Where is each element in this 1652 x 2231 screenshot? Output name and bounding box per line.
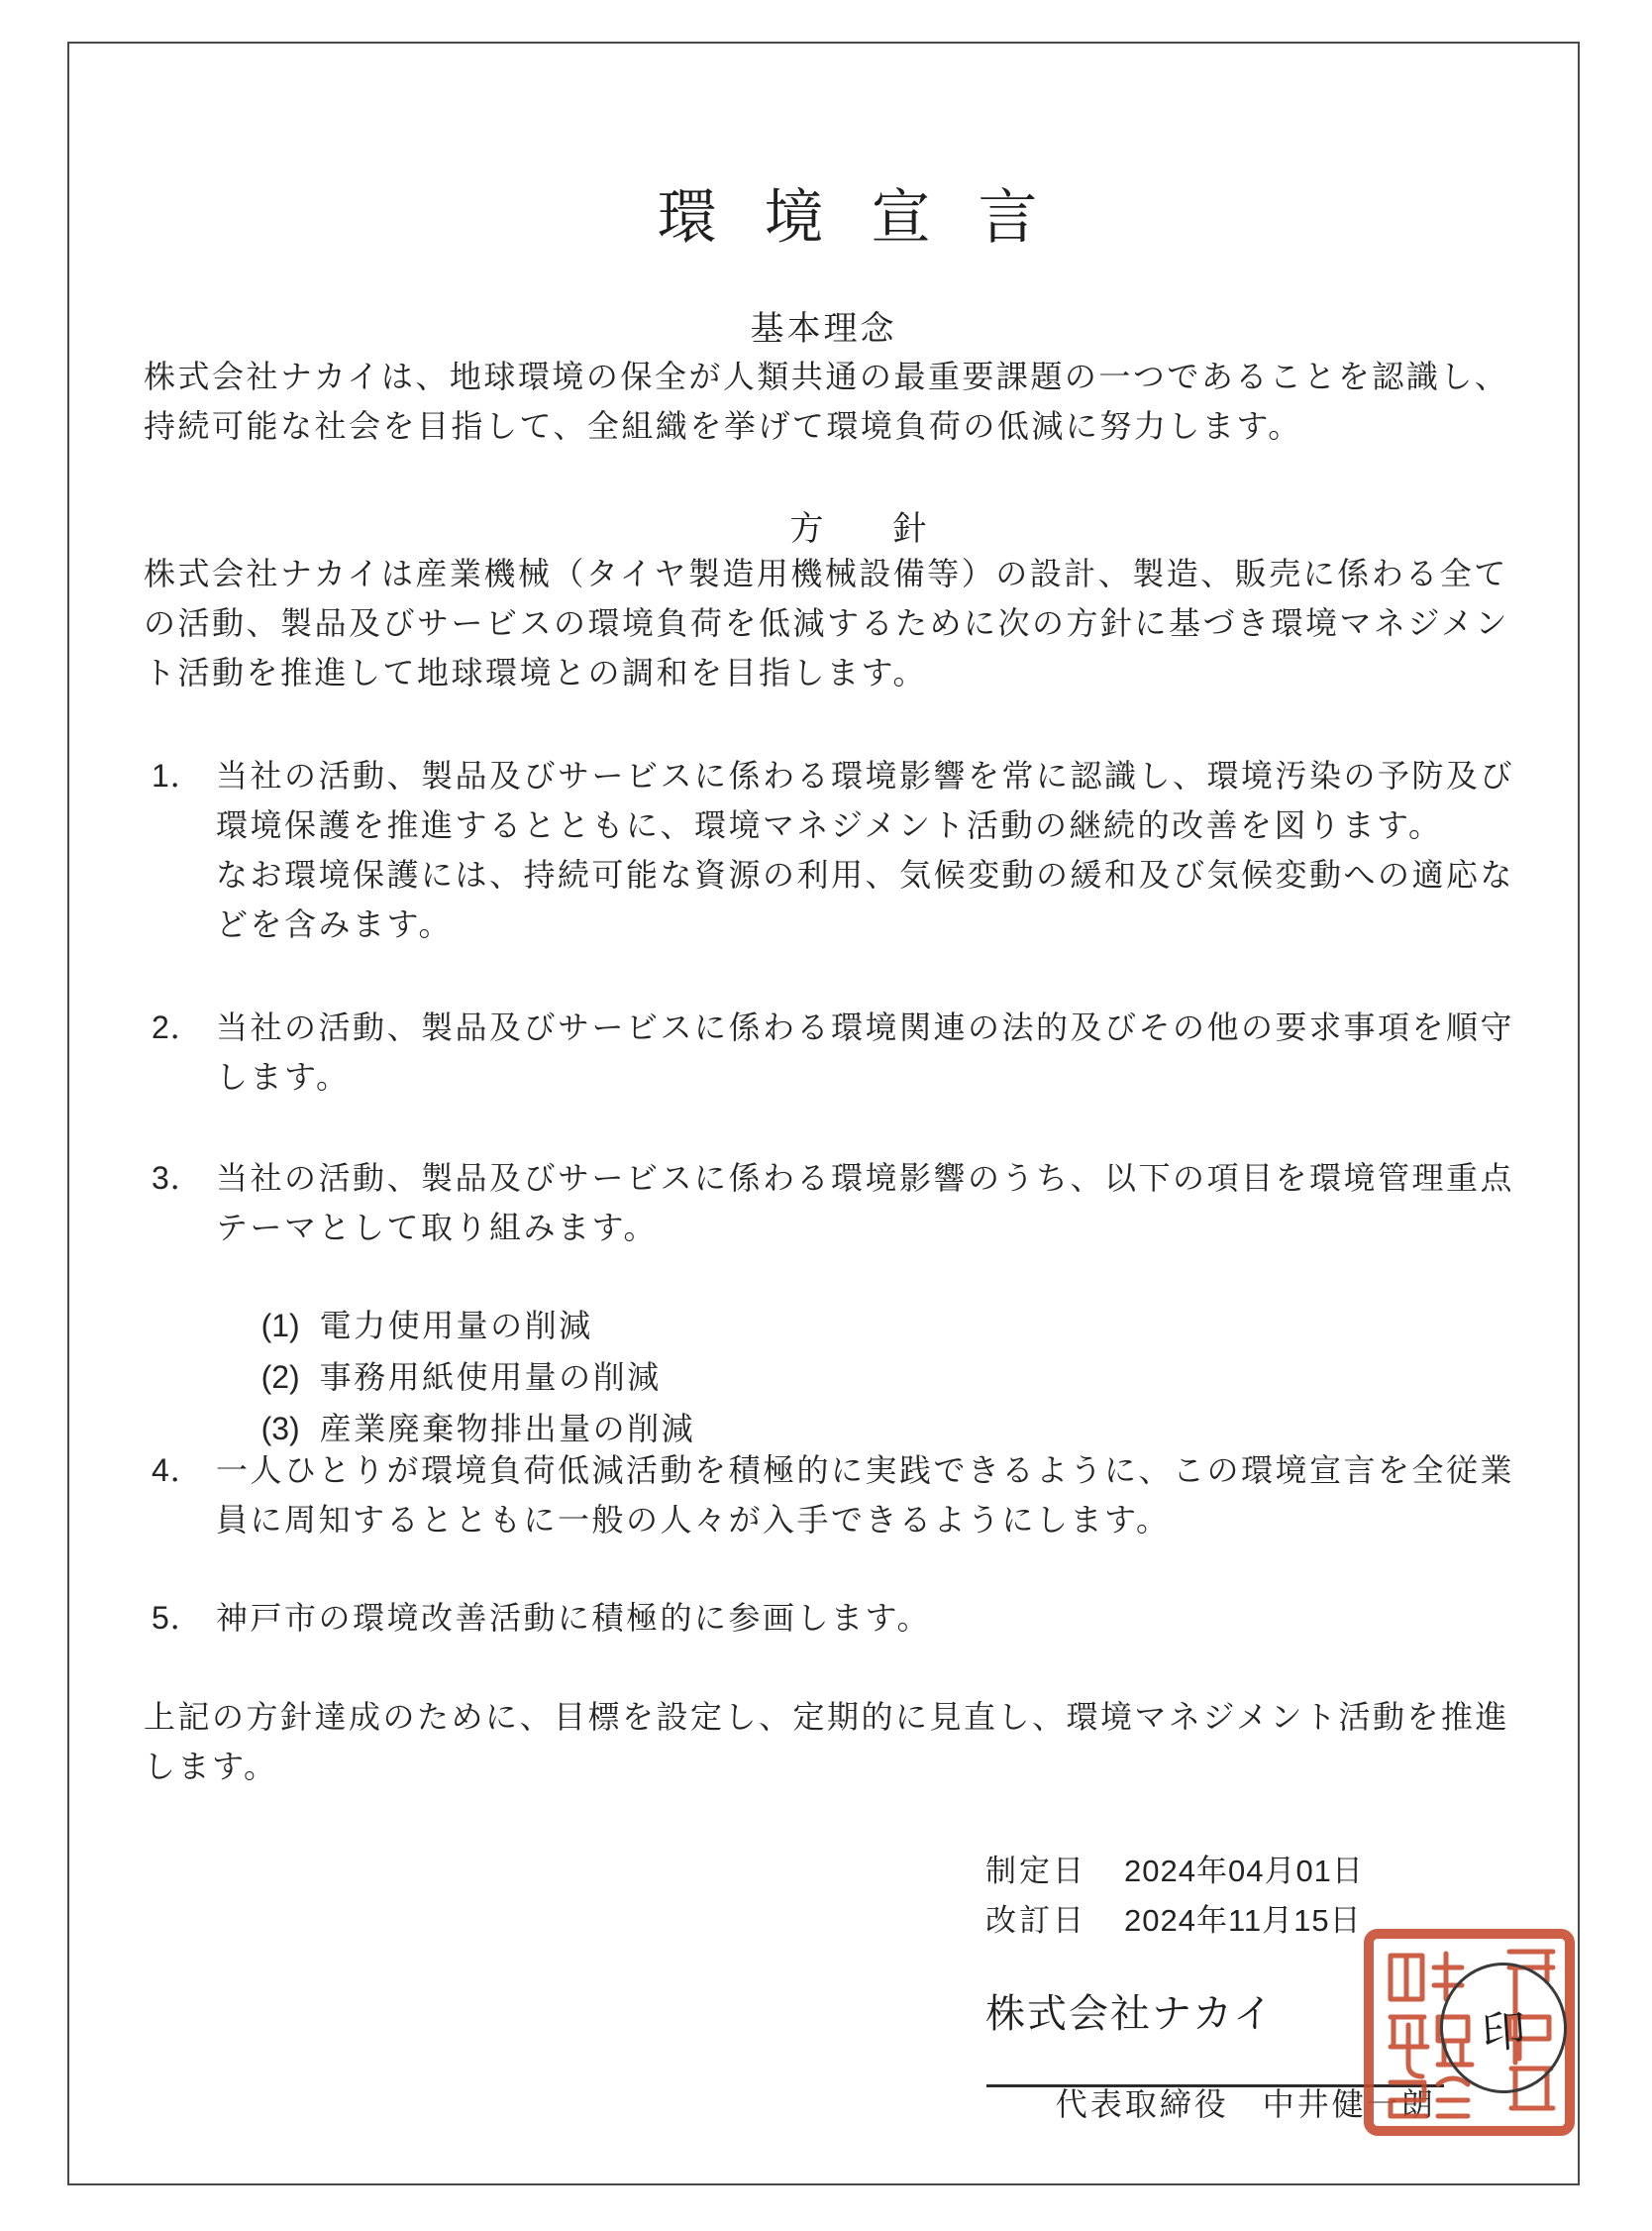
item-number: 2． — [152, 1003, 203, 1048]
item-line: なお環境保護には、持続可能な資源の利用、気候変動の緩和及び気候変動への適応な — [216, 850, 1514, 900]
policy-intro-paragraph: 株式会社ナカイは産業機械（タイヤ製造用機械設備等）の設計、製造、販売に係わる全て… — [144, 549, 1509, 697]
policy-item-4: 4． 一人ひとりが環境負荷低減活動を積極的に実践できるように、この環境宣言を全従… — [216, 1445, 1514, 1544]
policy-item-3: 3． 当社の活動、製品及びサービスに係わる環境影響のうち、以下の項目を環境管理重… — [216, 1153, 1514, 1252]
established-date-label: 制定日 — [985, 1847, 1124, 1896]
item-number: 3． — [152, 1153, 203, 1199]
sub-item-text: 事務用紙使用量の削減 — [320, 1359, 662, 1395]
sub-item-number: (2) — [261, 1351, 320, 1403]
item-number: 5． — [152, 1593, 203, 1639]
sub-item-text: 電力使用量の削減 — [320, 1308, 593, 1343]
item-line: 当社の活動、製品及びサービスに係わる環境影響を常に認識し、環境汚染の予防及び — [216, 751, 1514, 800]
revised-date-value: 2024年11月15日 — [1124, 1896, 1362, 1946]
paragraph-line: します。 — [144, 1742, 1509, 1791]
scanned-document: { "doc": { "title": "環境宣言", "principle":… — [0, 0, 1652, 2231]
paragraph-line: 株式会社ナカイは、地球環境の保全が人類共通の最重要課題の一つであることを認識し、 — [144, 352, 1508, 401]
item-line: 当社の活動、製品及びサービスに係わる環境関連の法的及びその他の要求事項を順守 — [216, 1003, 1514, 1052]
policy-item-1: 1． 当社の活動、製品及びサービスに係わる環境影響を常に認識し、環境汚染の予防及… — [216, 751, 1514, 949]
company-name: 株式会社ナカイ — [985, 1982, 1275, 2039]
policy-item-5: 5． 神戸市の環境改善活動に積極的に参画します。 — [216, 1593, 931, 1643]
item-line: テーマとして取り組みます。 — [216, 1203, 1514, 1252]
revised-date-row: 改訂日 2024年11月15日 — [985, 1896, 1364, 1946]
sub-item-number: (1) — [261, 1300, 320, 1351]
policy-item-3-subitems: (1)電力使用量の削減 (2)事務用紙使用量の削減 (3)産業廃棄物排出量の削減 — [216, 1248, 695, 1403]
paragraph-line: 上記の方針達成のために、目標を設定し、定期的に見直し、環境マネジメント活動を推進 — [144, 1692, 1509, 1742]
item-line: 員に周知するとともに一般の人々が入手できるようにします。 — [216, 1495, 1514, 1544]
principle-paragraph: 株式会社ナカイは、地球環境の保全が人類共通の最重要課題の一つであることを認識し、… — [144, 352, 1508, 451]
established-date-row: 制定日 2024年04月01日 — [985, 1847, 1364, 1896]
closing-paragraph: 上記の方針達成のために、目標を設定し、定期的に見直し、環境マネジメント活動を推進… — [144, 1692, 1509, 1791]
item-line: します。 — [216, 1052, 1514, 1102]
item-line: 神戸市の環境改善活動に積極的に参画します。 — [216, 1593, 931, 1643]
principle-heading: 基本理念 — [67, 301, 1580, 350]
revised-date-label: 改訂日 — [985, 1896, 1124, 1946]
document-title: 環境宣言 — [67, 170, 1627, 256]
representative-title: 代表取締役 — [1056, 2086, 1229, 2122]
item-line: 環境保護を推進するとともに、環境マネジメント活動の継続的改善を図ります。 — [216, 800, 1514, 850]
paragraph-line: ト活動を推進して地球環境との調和を目指します。 — [144, 648, 1509, 697]
date-block: 制定日 2024年04月01日 改訂日 2024年11月15日 — [985, 1847, 1364, 1946]
established-date-value: 2024年04月01日 — [1124, 1847, 1364, 1896]
item-line: 当社の活動、製品及びサービスに係わる環境影響のうち、以下の項目を環境管理重点 — [216, 1153, 1514, 1203]
sub-item: (1)電力使用量の削減 — [216, 1248, 695, 1300]
paragraph-line: の活動、製品及びサービスの環境負荷を低減するために次の方針に基づき環境マネジメン — [144, 598, 1509, 648]
seal-placeholder-mark: 印 — [1480, 1995, 1527, 2062]
policy-item-2: 2． 当社の活動、製品及びサービスに係わる環境関連の法的及びその他の要求事項を順… — [216, 1003, 1514, 1102]
item-number: 1． — [152, 751, 203, 797]
paragraph-line: 持続可能な社会を目指して、全組織を挙げて環境負荷の低減に努力します。 — [144, 401, 1508, 451]
paragraph-line: 株式会社ナカイは産業機械（タイヤ製造用機械設備等）の設計、製造、販売に係わる全て — [144, 549, 1509, 598]
item-line: 一人ひとりが環境負荷低減活動を積極的に実践できるように、この環境宣言を全従業 — [216, 1445, 1514, 1495]
sub-item-text: 産業廃棄物排出量の削減 — [320, 1411, 696, 1446]
item-line: どを含みます。 — [216, 900, 1514, 949]
policy-heading: 方針 — [67, 501, 1649, 550]
item-number: 4． — [152, 1445, 203, 1491]
